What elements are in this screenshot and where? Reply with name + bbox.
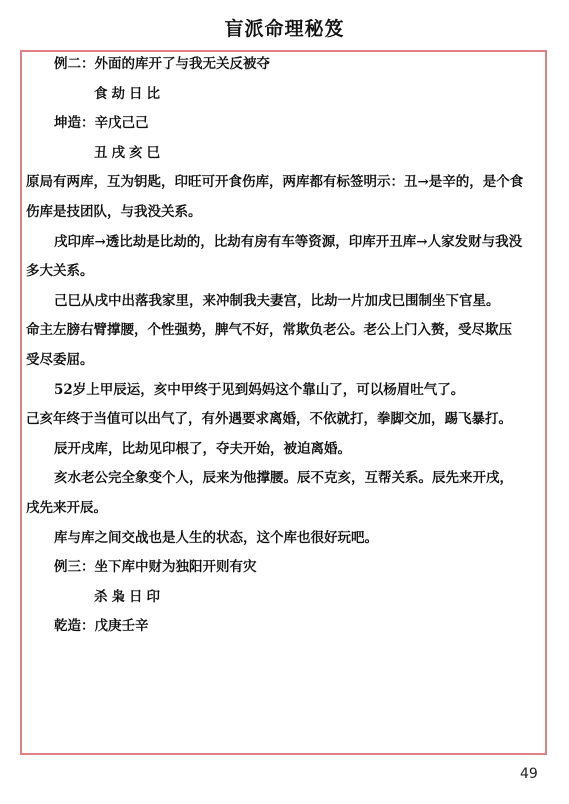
page-number: 49 [520,766,538,782]
paragraph: 亥水老公完全象变个人，辰来为他撑腰。辰不克亥，互帮关系。辰先来开戌，戌先来开辰。 [26,464,524,523]
chart-stems: 乾造：戊庚壬辛 [26,612,524,642]
example-heading: 例二：外面的库开了与我无关反被夺 [26,50,524,80]
example-heading: 例三：坐下库中财为独阳开则有灾 [26,553,524,583]
paragraph: 52岁上甲辰运，亥中甲终于见到妈妈这个靠山了，可以杨眉吐气了。 [26,376,524,406]
paragraph: 己亥年终于当值可以出气了，有外遇要求离婚，不依就打，拳脚交加，踢飞暴打。 [26,405,524,435]
page-title: 盲派命理秘笈 [0,14,569,41]
paragraph: 戌印库→透比劫是比劫的，比劫有房有车等资源，印库开丑库→人家发财与我没多大关系。 [26,228,524,287]
ten-gods-row: 杀枭日印 [26,583,524,613]
paragraph: 原局有两库，互为钥匙，印旺可开食伤库，两库都有标签明示：丑→是辛的，是个食伤库是… [26,168,524,227]
chart-stems: 坤造：辛戊己己 [26,109,524,139]
document-body: 例二：外面的库开了与我无关反被夺 食劫日比 坤造：辛戊己己 丑戌亥巳 原局有两库… [26,50,524,642]
paragraph: 己巳从戌中出落我家里，来冲制我夫妻宫，比劫一片加戌巳围制坐下官星。 [26,287,524,317]
paragraph: 命主左膀右臂撑腰，个性强势，脾气不好，常欺负老公。老公上门入赘，受尽欺压受尽委屈… [26,316,524,375]
paragraph: 辰开戌库，比劫见印根了，夺夫开始，被迫离婚。 [26,435,524,465]
chart-branches: 丑戌亥巳 [26,139,524,169]
paragraph: 库与库之间交战也是人生的状态，这个库也很好玩吧。 [26,524,524,554]
ten-gods-row: 食劫日比 [26,80,524,110]
